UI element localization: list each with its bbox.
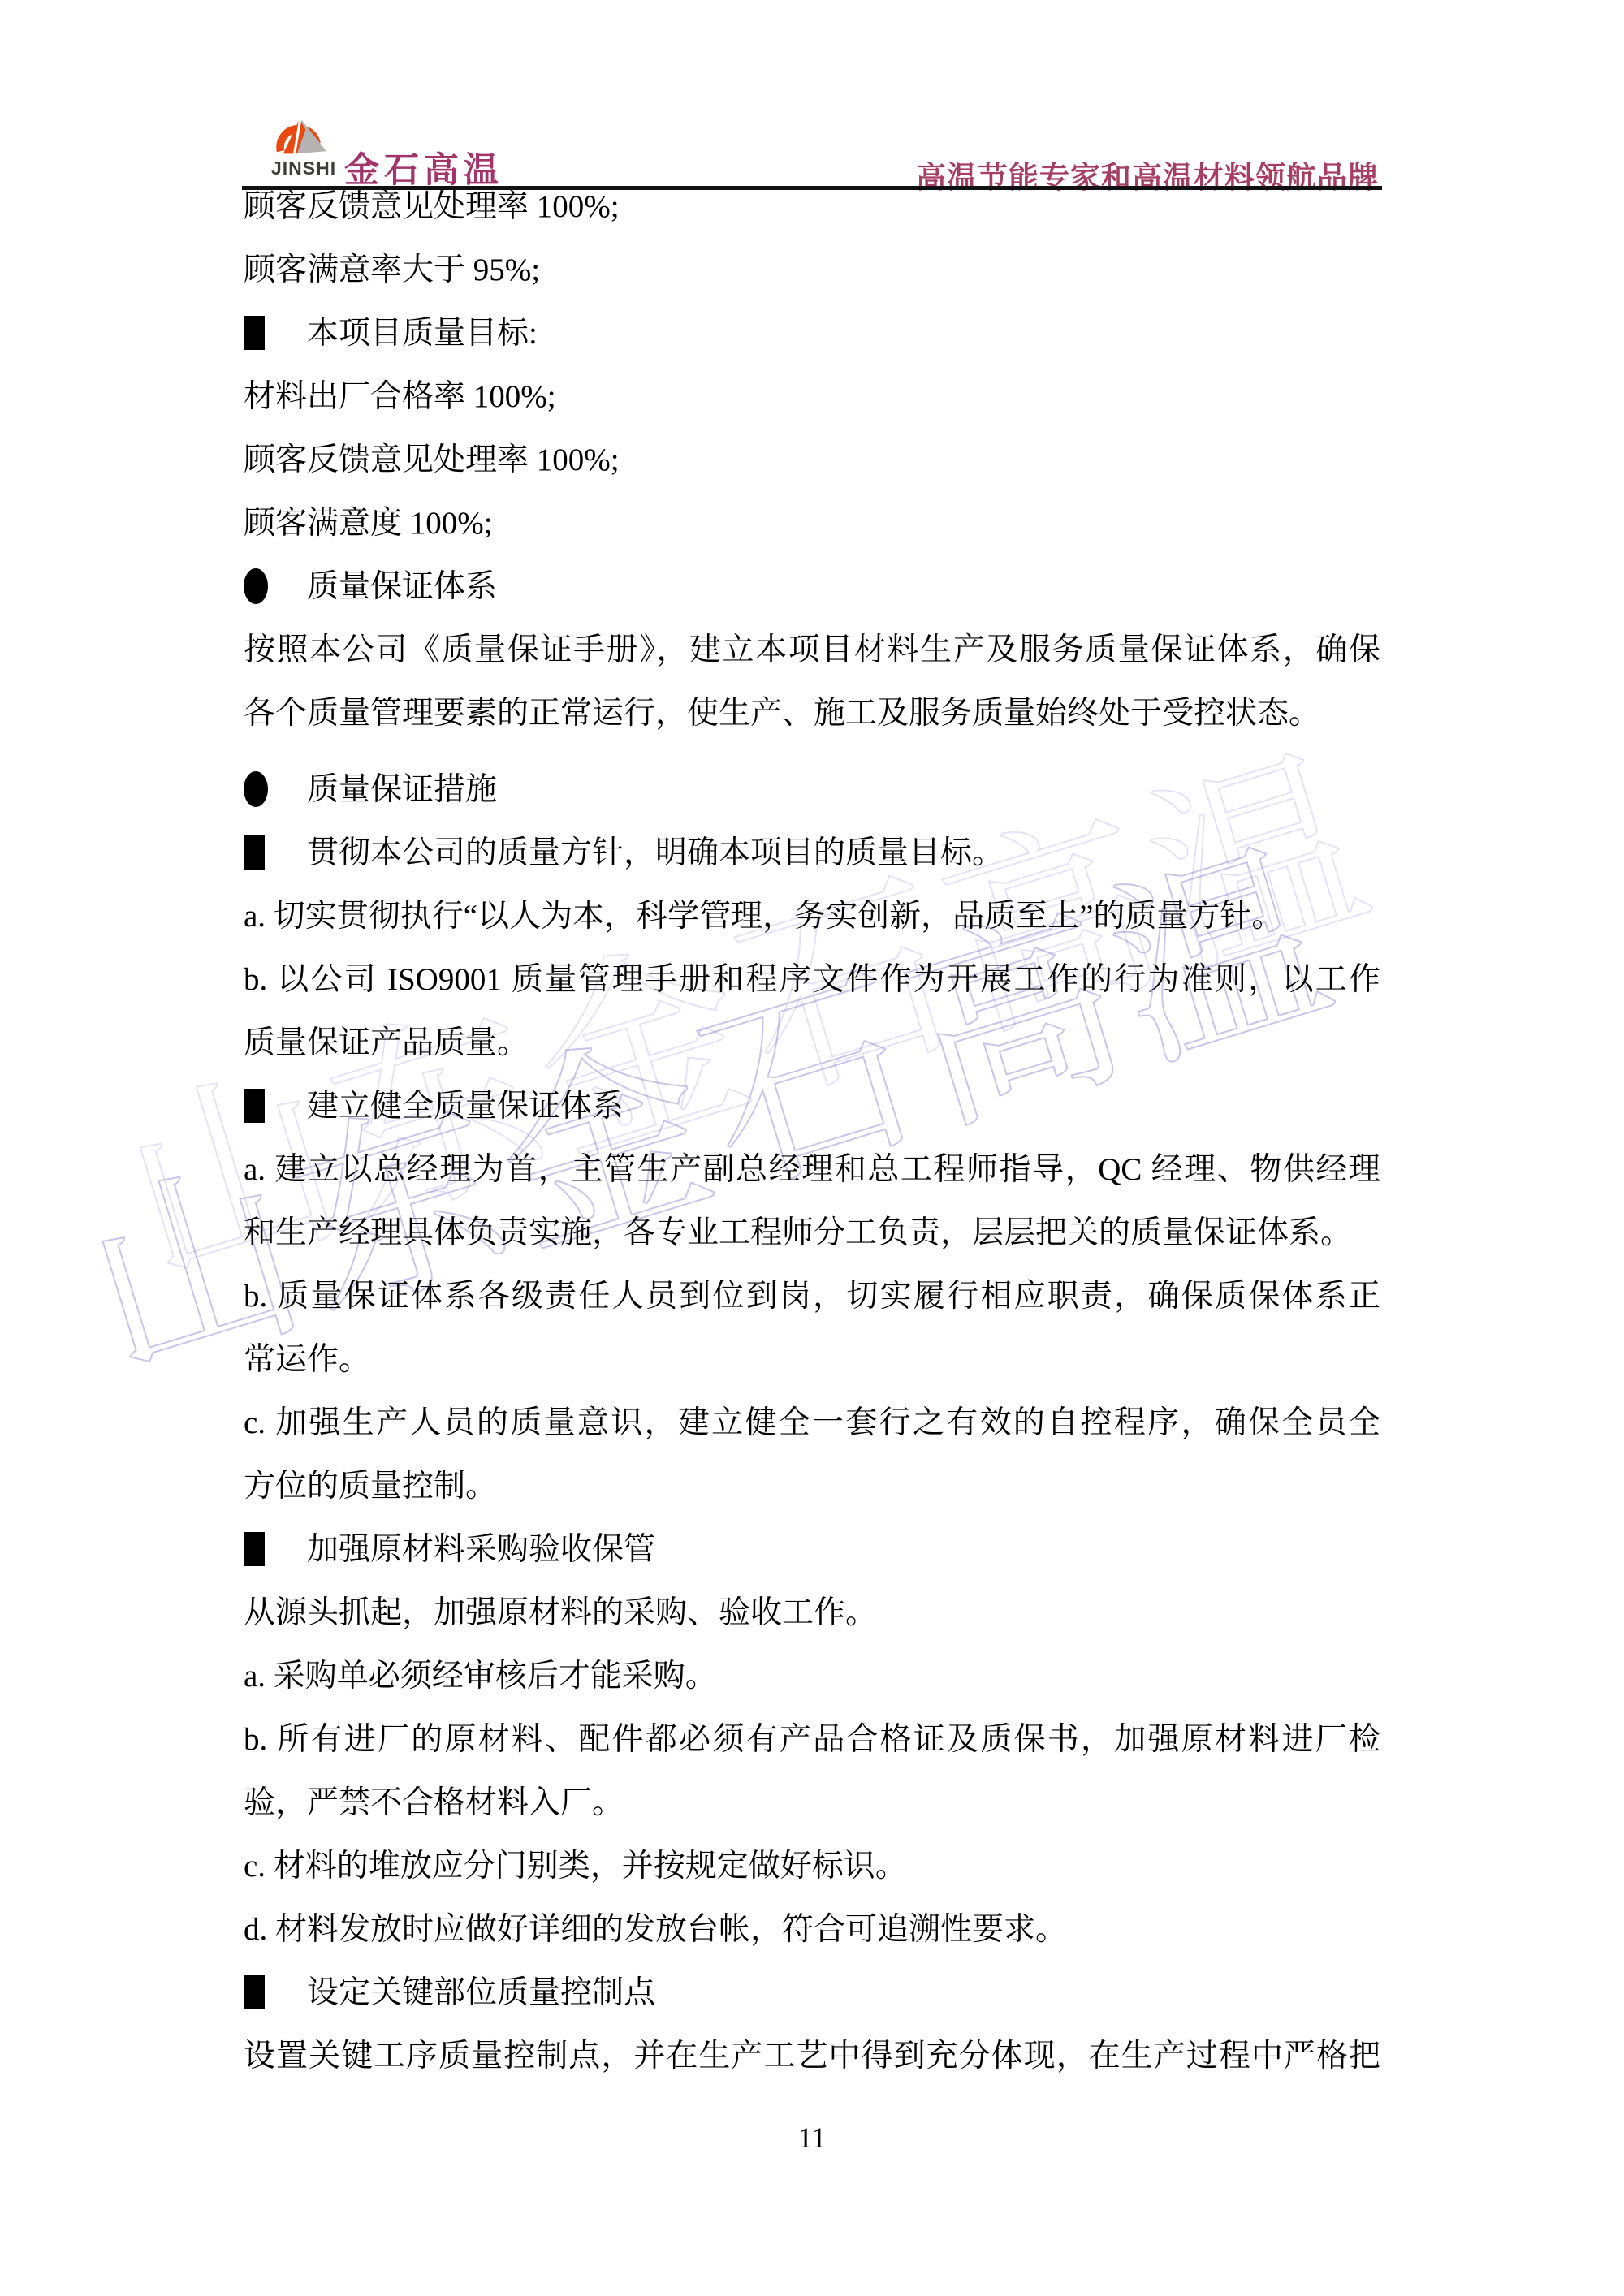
text-line: 设定关键部位质量控制点 (244, 1962, 1380, 2025)
text-line: 顾客反馈意见处理率 100%; (244, 175, 1380, 239)
line-text: 顾客反馈意见处理率 100%; (244, 189, 620, 224)
square-bullet-icon (244, 1089, 265, 1123)
text-line: 质量保证产品质量。 (244, 1012, 1380, 1075)
page-header: JINSHI 金石高温 高温节能专家和高温材料领航品牌 (0, 0, 1624, 195)
line-text: c. 材料的堆放应分门别类，并按规定做好标识。 (244, 1849, 907, 1884)
text-line: a. 建立以总经理为首，主管生产副总经理和总工程师指导，QC 经理、物供经理 (244, 1138, 1380, 1202)
text-line: 材料出厂合格率 100%; (244, 365, 1380, 429)
line-text: 质量保证产品质量。 (244, 1025, 529, 1060)
text-line: 和生产经理具体负责实施，各专业工程师分工负责，层层把关的质量保证体系。 (244, 1202, 1380, 1265)
text-line: a. 切实贯彻执行“以人为本，科学管理，务实创新，品质至上”的质量方针。 (244, 885, 1380, 948)
square-bullet-icon (244, 835, 265, 870)
line-text: 建立健全质量保证体系 (307, 1089, 624, 1124)
text-line: 加强原材料采购验收保管 (244, 1518, 1380, 1582)
text-line: 顾客反馈意见处理率 100%; (244, 429, 1380, 492)
text-line: 质量保证措施 (244, 758, 1380, 822)
text-line: 顾客满意度 100%; (244, 492, 1380, 555)
line-text: c. 加强生产人员的质量意识，建立健全一套行之有效的自控程序，确保全员全 (244, 1405, 1380, 1440)
text-line: 从源头抓起，加强原材料的采购、验收工作。 (244, 1582, 1380, 1645)
line-text: 设置关键工序质量控制点，并在生产工艺中得到充分体现，在生产过程中严格把 (244, 2039, 1380, 2074)
text-line: 各个质量管理要素的正常运行，使生产、施工及服务质量始终处于受控状态。 (244, 682, 1380, 745)
line-text: 贯彻本公司的质量方针，明确本项目的质量目标。 (307, 835, 1004, 870)
text-line: 设置关键工序质量控制点，并在生产工艺中得到充分体现，在生产过程中严格把 (244, 2025, 1380, 2088)
text-line: c. 加强生产人员的质量意识，建立健全一套行之有效的自控程序，确保全员全 (244, 1392, 1380, 1455)
line-text: d. 材料发放时应做好详细的发放台帐，符合可追溯性要求。 (244, 1912, 1067, 1947)
text-line: c. 材料的堆放应分门别类，并按规定做好标识。 (244, 1835, 1380, 1898)
page-number: 11 (0, 2121, 1624, 2155)
line-text: a. 切实贯彻执行“以人为本，科学管理，务实创新，品质至上”的质量方针。 (244, 899, 1283, 934)
line-text: 各个质量管理要素的正常运行，使生产、施工及服务质量始终处于受控状态。 (244, 696, 1320, 731)
text-line: 方位的质量控制。 (244, 1455, 1380, 1518)
line-text: b. 质量保证体系各级责任人员到位到岗，切实履行相应职责，确保质保体系正 (244, 1279, 1380, 1314)
line-text: 本项目质量目标: (307, 316, 538, 351)
text-line: b. 所有进厂的原材料、配件都必须有产品合格证及质保书，加强原材料进厂检 (244, 1708, 1380, 1772)
line-text: 验，严禁不合格材料入厂。 (244, 1785, 624, 1820)
line-text: 质量保证体系 (307, 569, 497, 604)
text-line: a. 采购单必须经审核后才能采购。 (244, 1645, 1380, 1708)
text-line: 质量保证体系 (244, 555, 1380, 619)
line-text: 方位的质量控制。 (244, 1469, 497, 1504)
line-text: 按照本公司《质量保证手册》，建立本项目材料生产及服务质量保证体系，确保 (244, 632, 1380, 667)
text-line: d. 材料发放时应做好详细的发放台帐，符合可追溯性要求。 (244, 1898, 1380, 1962)
square-bullet-icon (244, 1975, 265, 2009)
text-line: b. 质量保证体系各级责任人员到位到岗，切实履行相应职责，确保质保体系正 (244, 1265, 1380, 1328)
text-line: 按照本公司《质量保证手册》，建立本项目材料生产及服务质量保证体系，确保 (244, 619, 1380, 682)
line-text: b. 以公司 ISO9001 质量管理手册和程序文件作为开展工作的行为准则，以工… (244, 962, 1380, 997)
square-bullet-icon (244, 316, 265, 350)
text-line: 顾客满意率大于 95%; (244, 239, 1380, 302)
line-text: 和生产经理具体负责实施，各专业工程师分工负责，层层把关的质量保证体系。 (244, 1215, 1352, 1250)
line-text: 从源头抓起，加强原材料的采购、验收工作。 (244, 1595, 877, 1630)
text-line: 常运作。 (244, 1328, 1380, 1392)
line-text: b. 所有进厂的原材料、配件都必须有产品合格证及质保书，加强原材料进厂检 (244, 1722, 1380, 1757)
line-text: 顾客满意度 100%; (244, 506, 493, 541)
text-line: b. 以公司 ISO9001 质量管理手册和程序文件作为开展工作的行为准则，以工… (244, 948, 1380, 1012)
line-text: 顾客反馈意见处理率 100%; (244, 442, 620, 477)
text-line: 验，严禁不合格材料入厂。 (244, 1772, 1380, 1835)
line-text: 材料出厂合格率 100%; (244, 379, 556, 414)
circle-bullet-icon (244, 568, 268, 604)
text-line: 贯彻本公司的质量方针，明确本项目的质量目标。 (244, 822, 1380, 885)
line-text: a. 建立以总经理为首，主管生产副总经理和总工程师指导，QC 经理、物供经理 (244, 1152, 1380, 1187)
text-line: 建立健全质量保证体系 (244, 1075, 1380, 1138)
line-text: 顾客满意率大于 95%; (244, 252, 540, 287)
circle-bullet-icon (244, 771, 268, 807)
line-text: a. 采购单必须经审核后才能采购。 (244, 1659, 717, 1694)
document-body: 顾客反馈意见处理率 100%;顾客满意率大于 95%;本项目质量目标:材料出厂合… (244, 175, 1380, 2088)
line-text: 加强原材料采购验收保管 (307, 1532, 655, 1567)
line-text: 常运作。 (244, 1342, 370, 1377)
text-line: 本项目质量目标: (244, 302, 1380, 365)
line-text: 设定关键部位质量控制点 (307, 1975, 655, 2010)
document-page: JINSHI 金石高温 高温节能专家和高温材料领航品牌 山东金石高温 山东金石高… (0, 0, 1624, 2296)
mountain-arc-logo-icon (273, 112, 328, 158)
line-text: 质量保证措施 (307, 772, 497, 807)
square-bullet-icon (244, 1532, 265, 1566)
